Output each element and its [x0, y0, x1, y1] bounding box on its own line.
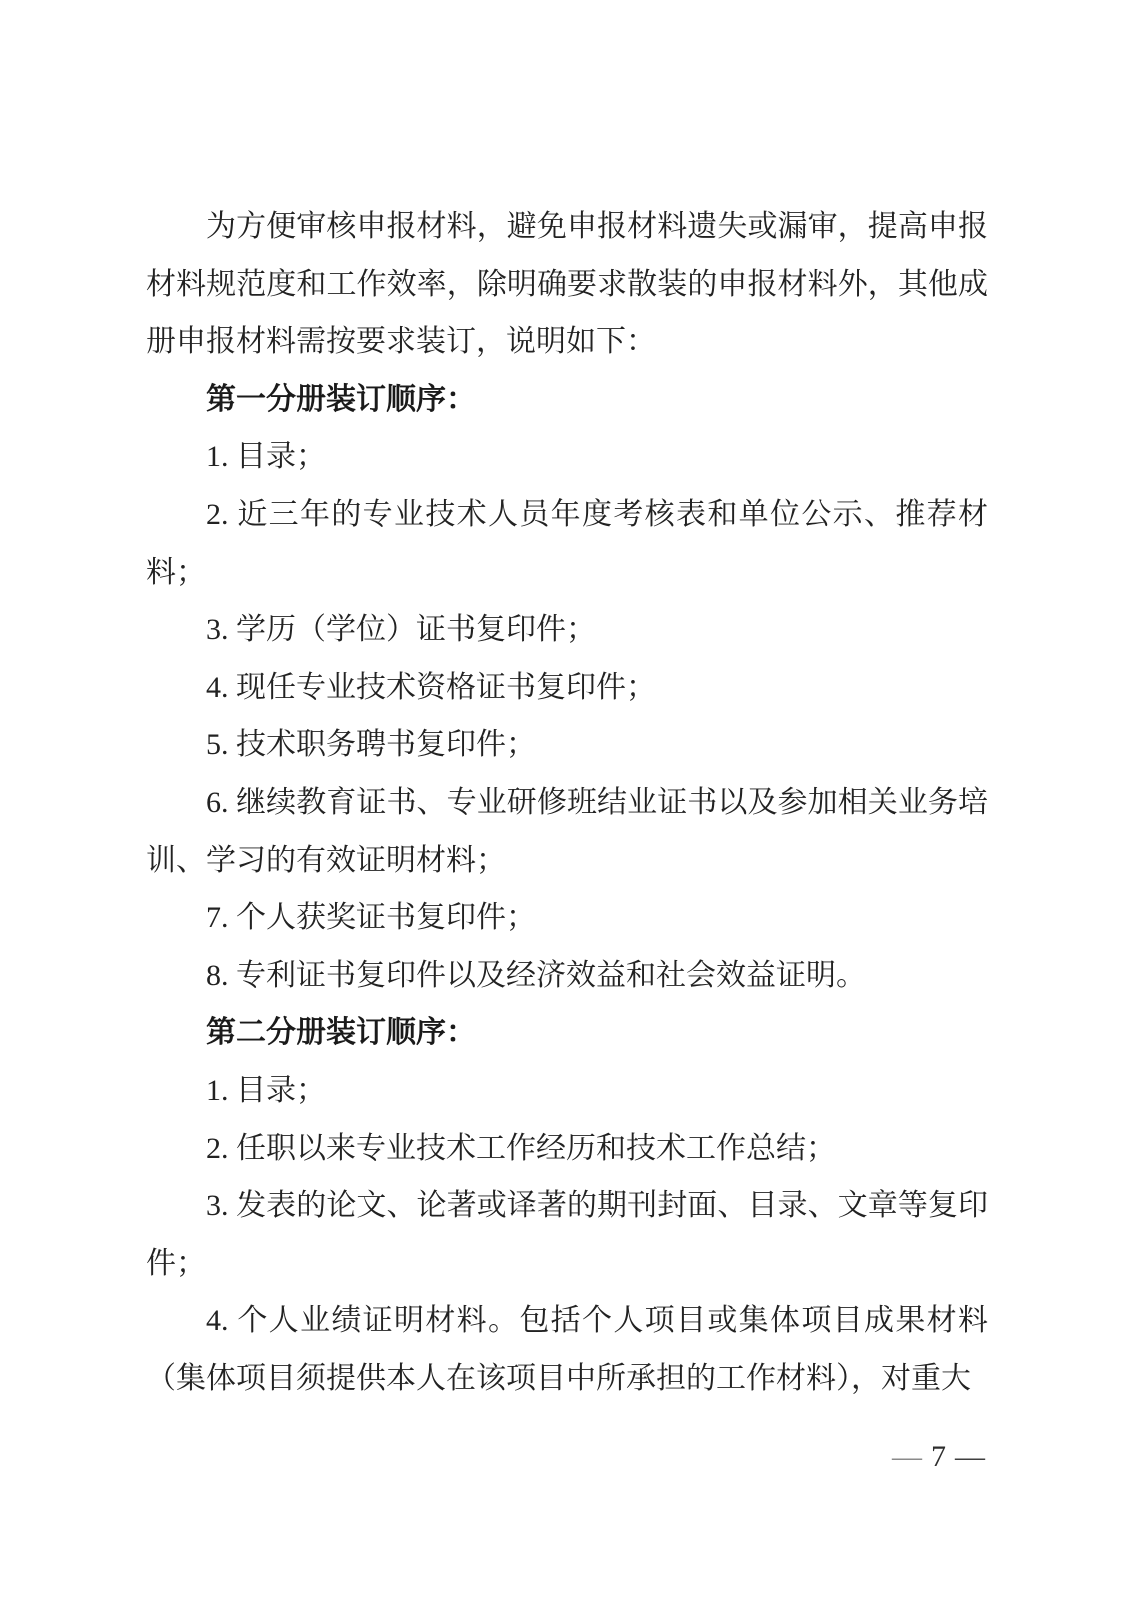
- section2-item-4: 4. 个人业绩证明材料。包括个人项目或集体项目成果材料（集体项目须提供本人在该项…: [146, 1292, 988, 1407]
- footer-dash-left: —: [892, 1440, 922, 1473]
- intro-paragraph: 为方便审核申报材料，避免申报材料遗失或漏审，提高申报材料规范度和工作效率，除明确…: [146, 198, 988, 371]
- document-page: 为方便审核申报材料，避免申报材料遗失或漏审，提高申报材料规范度和工作效率，除明确…: [0, 0, 1131, 1600]
- page-footer: —7—: [892, 1440, 985, 1474]
- document-body: 为方便审核申报材料，避免申报材料遗失或漏审，提高申报材料规范度和工作效率，除明确…: [146, 198, 988, 1407]
- section1-item-7: 7. 个人获奖证书复印件；: [146, 889, 988, 947]
- section2-item-2: 2. 任职以来专业技术工作经历和技术工作总结；: [146, 1120, 988, 1178]
- section1-item-2: 2. 近三年的专业技术人员年度考核表和单位公示、推荐材料；: [146, 486, 988, 601]
- section1-heading: 第一分册装订顺序：: [146, 371, 988, 429]
- footer-dash-right: —: [955, 1440, 985, 1473]
- section1-item-5: 5. 技术职务聘书复印件；: [146, 716, 988, 774]
- section1-item-3: 3. 学历（学位）证书复印件；: [146, 601, 988, 659]
- section1-item-8: 8. 专利证书复印件以及经济效益和社会效益证明。: [146, 947, 988, 1005]
- section1-item-1: 1. 目录；: [146, 428, 988, 486]
- section2-item-1: 1. 目录；: [146, 1062, 988, 1120]
- section2-heading: 第二分册装订顺序：: [146, 1004, 988, 1062]
- section2-item-3: 3. 发表的论文、论著或译著的期刊封面、目录、文章等复印件；: [146, 1177, 988, 1292]
- section1-item-6: 6. 继续教育证书、专业研修班结业证书以及参加相关业务培训、学习的有效证明材料；: [146, 774, 988, 889]
- page-number: 7: [931, 1440, 946, 1473]
- section1-item-4: 4. 现任专业技术资格证书复印件；: [146, 659, 988, 717]
